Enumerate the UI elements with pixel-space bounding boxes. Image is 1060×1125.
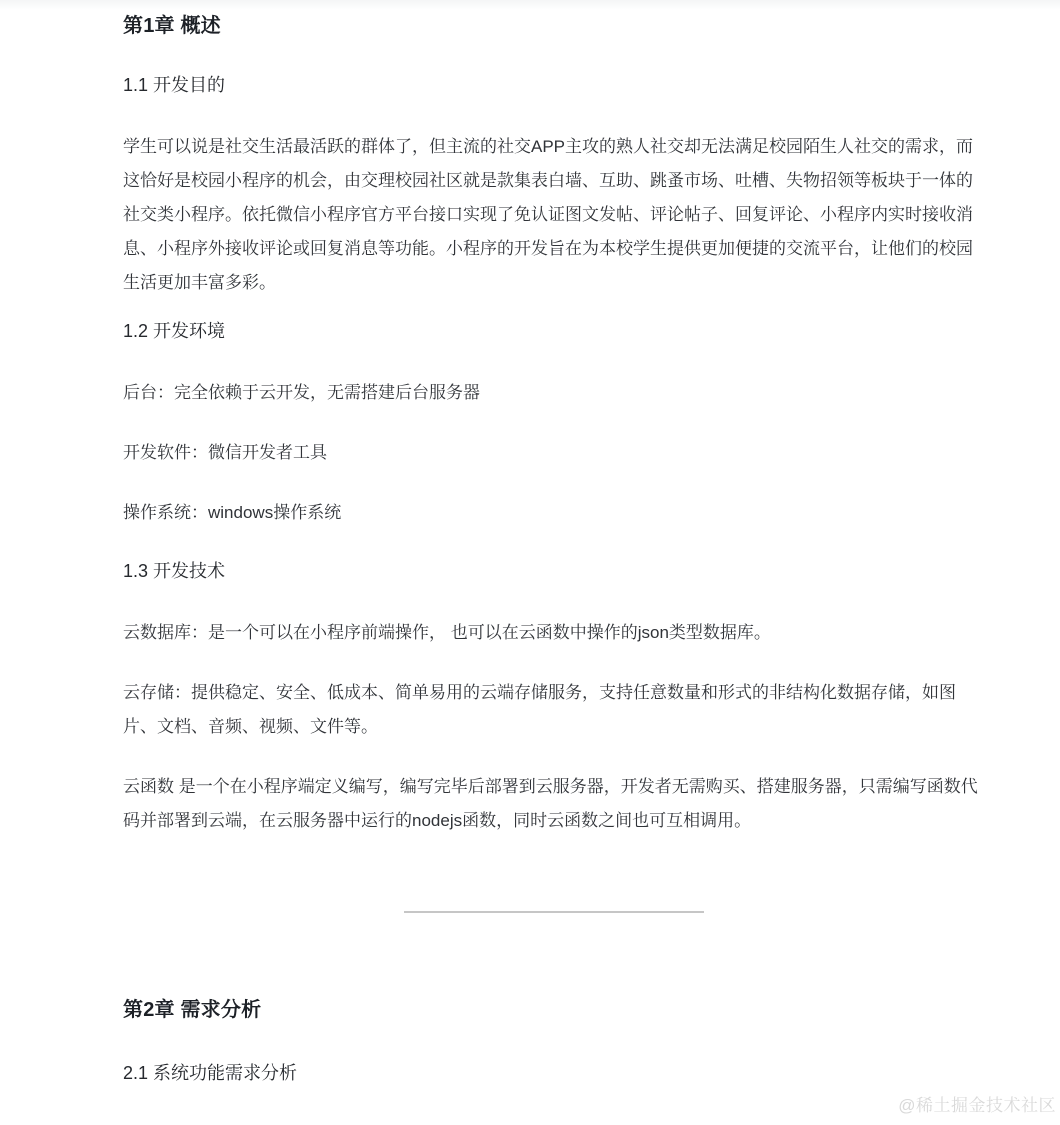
software-environment-line: 开发软件：微信开发者工具 <box>123 436 985 470</box>
chapter-1-heading: 第1章 概述 <box>123 12 985 40</box>
backend-environment-line: 后台：完全依赖于云开发，无需搭建后台服务器 <box>123 376 985 410</box>
section-1-2-heading: 1.2 开发环境 <box>123 316 985 346</box>
cloud-database-paragraph: 云数据库：是一个可以在小程序前端操作， 也可以在云函数中操作的json类型数据库… <box>123 616 985 650</box>
section-1-1-heading: 1.1 开发目的 <box>123 70 985 100</box>
article-content: 第1章 概述 1.1 开发目的 学生可以说是社交生活最活跃的群体了，但主流的社交… <box>0 0 1060 1088</box>
section-1-3-heading: 1.3 开发技术 <box>123 556 985 586</box>
article-page: 第1章 概述 1.1 开发目的 学生可以说是社交生活最活跃的群体了，但主流的社交… <box>0 0 1060 1125</box>
top-edge-shade <box>0 0 1060 10</box>
chapter-2-heading: 第2章 需求分析 <box>123 996 985 1024</box>
os-environment-line: 操作系统：windows操作系统 <box>123 496 985 530</box>
juejin-community-watermark: @稀土掘金技术社区 <box>898 1097 1056 1115</box>
cloud-function-paragraph: 云函数 是一个在小程序端定义编写，编写完毕后部署到云服务器，开发者无需购买、搭建… <box>123 770 985 838</box>
section-divider <box>404 911 704 913</box>
cloud-storage-paragraph: 云存储：提供稳定、安全、低成本、简单易用的云端存储服务，支持任意数量和形式的非结… <box>123 676 985 744</box>
development-purpose-paragraph: 学生可以说是社交生活最活跃的群体了，但主流的社交APP主攻的熟人社交却无法满足校… <box>123 130 985 300</box>
section-2-1-heading: 2.1 系统功能需求分析 <box>123 1058 985 1088</box>
